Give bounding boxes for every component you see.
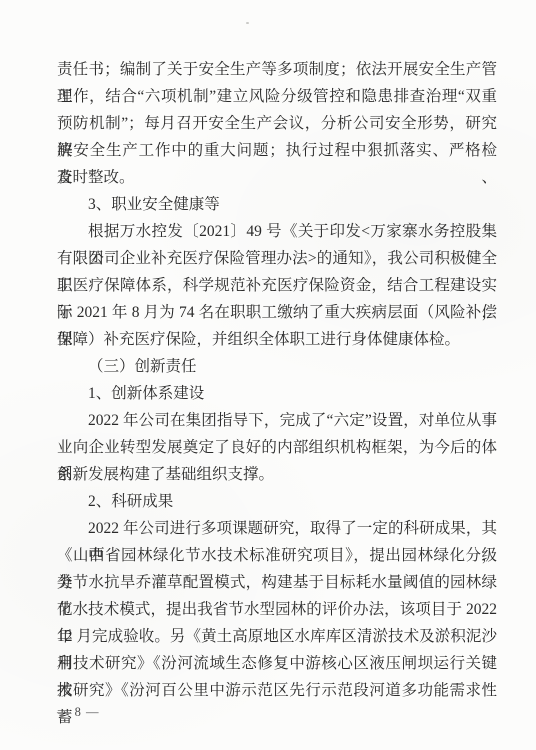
text-line: 工作，结合“六项机制”建立风险分级管控和隐患排查治理“双重 <box>57 83 497 110</box>
text-line: 节水技术模式，提出我省节水型园林的评价办法，该项目于 2022 年 <box>57 596 497 623</box>
text-line: 用技术研究》《汾河流域生态修复中游核心区液压闸坝运行关键技 <box>57 650 497 677</box>
text-line: （三）创新责任 <box>57 353 497 380</box>
text-line: 工医疗保障体系，科学规范补充医疗保险资金，结合工程建设实际， <box>57 272 497 299</box>
text-line: 业向企业转型发展奠定了良好的内部组织机构框架，为今后的体系 <box>57 434 497 461</box>
text-line: 预防机制”；每月召开安全生产会议，分析公司安全形势，研究解 <box>57 110 497 137</box>
text-line: 《山西省园林绿化节水技术标准研究项目》，提出园林绿化分级分 <box>57 542 497 569</box>
text-line: 决安全生产工作中的重大问题；执行过程中狠抓落实、严格检查、 <box>57 137 497 164</box>
document-page: 责任书；编制了关于安全生产等多项制度；依法开展安全生产管理工作，结合“六项机制”… <box>0 0 536 750</box>
document-text-block: 责任书；编制了关于安全生产等多项制度；依法开展安全生产管理工作，结合“六项机制”… <box>57 56 497 704</box>
text-line: 1、创新体系建设 <box>57 380 497 407</box>
text-line: 创新发展构建了基础组织支撑。 <box>57 461 497 488</box>
text-line: 2022 年公司进行多项课题研究，取得了一定的科研成果，其中， <box>57 515 497 542</box>
text-line: 术研究》《汾河百公里中游示范区先行示范段河道多功能需求性蓄 <box>57 677 497 704</box>
text-line: 3、职业安全健康等 <box>57 191 497 218</box>
scan-artifact-speck <box>246 22 249 24</box>
text-line: 于 2021 年 8 月为 74 名在职职工缴纳了重大疾病层面（风险补偿型 <box>57 299 497 326</box>
text-line: 有限公司企业补充医疗保险管理办法>的通知》，我公司积极健全职 <box>57 245 497 272</box>
page-number: — 8 — <box>57 705 100 719</box>
text-line: 保障）补充医疗保险，并组织全体职工进行身体健康体检。 <box>57 326 497 353</box>
text-line: 根据万水控发〔2021〕49 号《关于印发<万家寨水务控股集团 <box>57 218 497 245</box>
text-line: 2022 年公司在集团指导下，完成了“六定”设置，对单位从事 <box>57 407 497 434</box>
text-line: 12 月完成验收。另《黄土高原地区水库库区清淤技术及淤积泥沙利 <box>57 623 497 650</box>
text-line: 责任书；编制了关于安全生产等多项制度；依法开展安全生产管理 <box>57 56 497 83</box>
text-line: 2、科研成果 <box>57 488 497 515</box>
text-line: 类节水抗旱乔灌草配置模式，构建基于目标耗水量阈值的园林绿化 <box>57 569 497 596</box>
